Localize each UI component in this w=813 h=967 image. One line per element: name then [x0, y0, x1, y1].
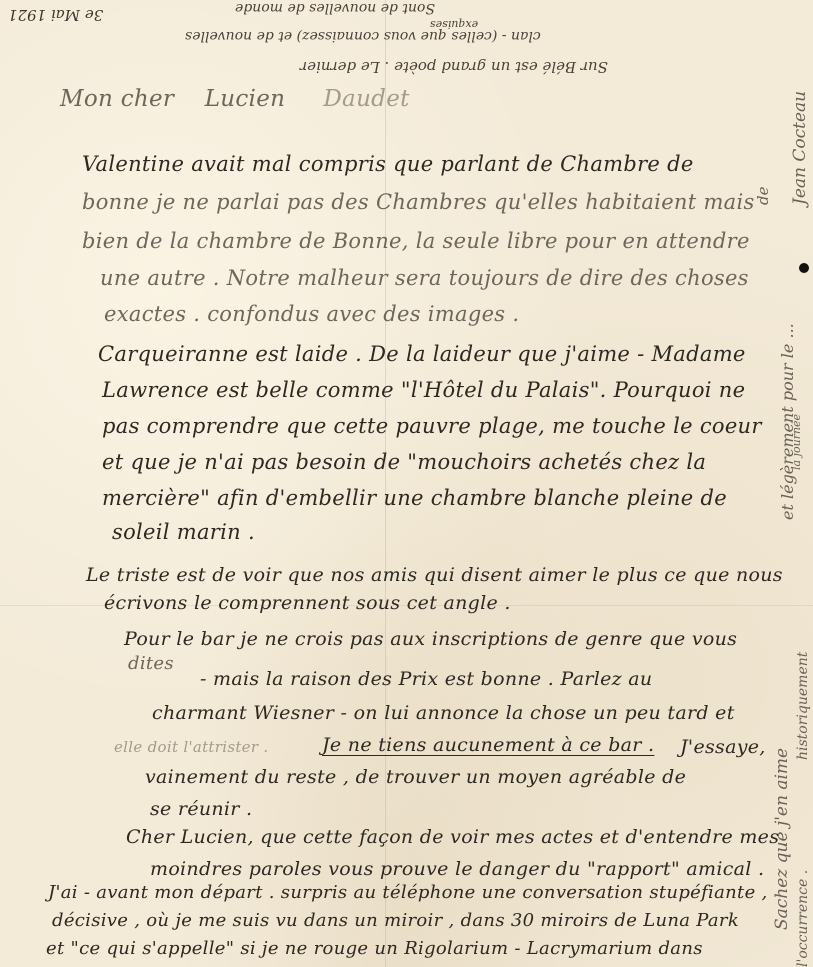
underlined-text: Je ne tiens aucunement à ce bar . — [322, 734, 654, 756]
text-line: Pour le bar je ne crois pas aux inscript… — [124, 628, 737, 650]
margin-note: Sachez que j'en aime — [772, 748, 792, 930]
salutation-first-name: Lucien — [205, 86, 286, 112]
text-line: se réunir . — [150, 798, 252, 820]
text-line: Valentine avait mal compris que parlant … — [82, 152, 694, 176]
punch-hole — [799, 263, 809, 273]
text-line: décisive , où je me suis vu dans un miro… — [52, 910, 739, 931]
text-line: écrivons le comprennent sous cet angle . — [104, 592, 511, 614]
signature-margin: Jean Cocteau — [790, 91, 810, 205]
salutation-last-name: Daudet — [323, 86, 409, 112]
text-line: Carqueiranne est laide . De la laideur q… — [98, 342, 746, 366]
text-line: charmant Wiesner - on lui annonce la cho… — [152, 702, 735, 724]
upside-note-2: clan - (celles que vous connaissez) et d… — [185, 28, 541, 44]
salutation-prefix: Mon cher — [60, 86, 174, 112]
upside-note-1: Sont de nouvelles de monde — [235, 0, 435, 16]
text-line: exactes . confondus avec des images . — [104, 302, 519, 326]
upside-note-3: exquises — [430, 18, 478, 31]
salutation: Mon cher Lucien Daudet — [60, 86, 410, 112]
text-line: - mais la raison des Prix est bonne . Pa… — [200, 668, 652, 690]
margin-note: la journée — [790, 414, 803, 470]
text-line: elle doit l'attrister . — [114, 738, 268, 756]
text-line: Le triste est de voir que nos amis qui d… — [86, 564, 783, 586]
text-line: J'essaye, — [680, 736, 766, 758]
text-line: mercière" afin d'embellir une chambre bl… — [102, 486, 727, 510]
text-line: moindres paroles vous prouve le danger d… — [150, 858, 764, 880]
text-line: pas comprendre que cette pauvre plage, m… — [102, 414, 762, 438]
text-line: Cher Lucien, que cette façon de voir mes… — [126, 826, 779, 848]
text-line: et que je n'ai pas besoin de "mouchoirs … — [102, 450, 706, 474]
margin-note: historiquement — [795, 652, 811, 760]
text-line: dites — [128, 653, 174, 674]
text-line: J'ai - avant mon départ . surpris au tél… — [48, 882, 768, 903]
text-line: une autre . Notre malheur sera toujours … — [100, 266, 749, 290]
margin-note: l'occurrence . — [795, 870, 811, 967]
text-line: bonne je ne parlai pas des Chambres qu'e… — [82, 190, 755, 214]
date: 3e Mai 1921 — [8, 6, 103, 24]
text-line: et "ce qui s'appelle" si je ne rouge un … — [46, 938, 703, 959]
text-line: bien de la chambre de Bonne, la seule li… — [82, 229, 750, 253]
upside-note-4: Sur Bélé est un grand poète . Le dernier — [300, 58, 608, 76]
margin-note: de — [754, 187, 772, 205]
text-line: vainement du reste , de trouver un moyen… — [145, 766, 686, 788]
text-line: Lawrence est belle comme "l'Hôtel du Pal… — [102, 378, 745, 402]
text-line: soleil marin . — [112, 520, 255, 544]
paper-fold-vertical — [385, 0, 386, 967]
